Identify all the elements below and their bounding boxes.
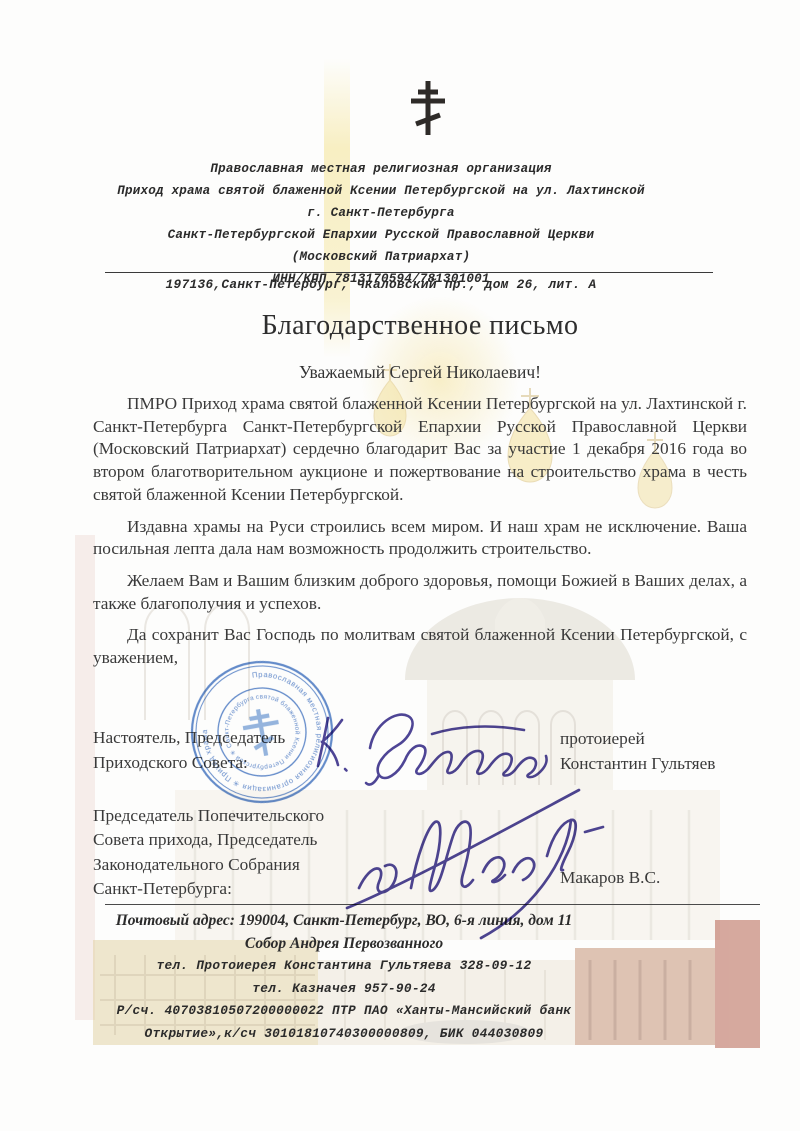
footer-bank-account-1: Р/сч. 40703810507200000022 ПТР ПАО «Хант… xyxy=(24,1000,664,1023)
letterhead-line: (Московский Патриархат) xyxy=(0,246,762,268)
paragraph: ПМРО Приход храма святой блаженной Ксени… xyxy=(93,393,747,507)
letterhead-line: Приход храма святой блаженной Ксении Пет… xyxy=(0,180,762,202)
salutation: Уважаемый Сергей Николаевич! xyxy=(93,362,747,383)
footer-phone-1: тел. Протоиерея Константина Гультяева 32… xyxy=(24,955,664,978)
letter-page: Православная местная религиозная организ… xyxy=(0,0,800,1131)
letterhead-line: Санкт-Петербургской Епархии Русской Прав… xyxy=(0,224,762,246)
name-line: протоиерей xyxy=(560,726,715,751)
letterhead-divider xyxy=(105,272,713,273)
letter-body: ПМРО Приход храма святой блаженной Ксени… xyxy=(93,393,747,679)
paragraph: Да сохранит Вас Господь по молитвам свят… xyxy=(93,624,747,669)
role-line: Санкт-Петербурга: xyxy=(93,877,324,901)
stamp-cross-icon xyxy=(240,706,284,759)
letterhead-line: г. Санкт-Петербурга xyxy=(0,202,762,224)
footer-phone-2: тел. Казначея 957-90-24 xyxy=(24,978,664,1001)
paragraph: Желаем Вам и Вашим близким доброго здоро… xyxy=(93,570,747,615)
role-line: Законодательного Собрания xyxy=(93,853,324,877)
letterhead-address: 197136,Санкт-Петербург, Чкаловский пр., … xyxy=(0,277,762,292)
paragraph: Издавна храмы на Руси строились всем мир… xyxy=(93,516,747,561)
signatory-2-role: Председатель Попечительского Совета прих… xyxy=(93,804,324,901)
makarov-signature-ink xyxy=(333,760,608,940)
orthodox-cross-icon xyxy=(409,78,447,138)
letterhead: Православная местная религиозная организ… xyxy=(0,158,762,290)
letter-title: Благодарственное письмо xyxy=(93,310,747,342)
footer-bank-account-2: Открытие»,к/сч 30101810740300000809, БИК… xyxy=(24,1023,664,1046)
letterhead-line: Православная местная религиозная организ… xyxy=(0,158,762,180)
role-line: Совета прихода, Председатель xyxy=(93,828,324,852)
